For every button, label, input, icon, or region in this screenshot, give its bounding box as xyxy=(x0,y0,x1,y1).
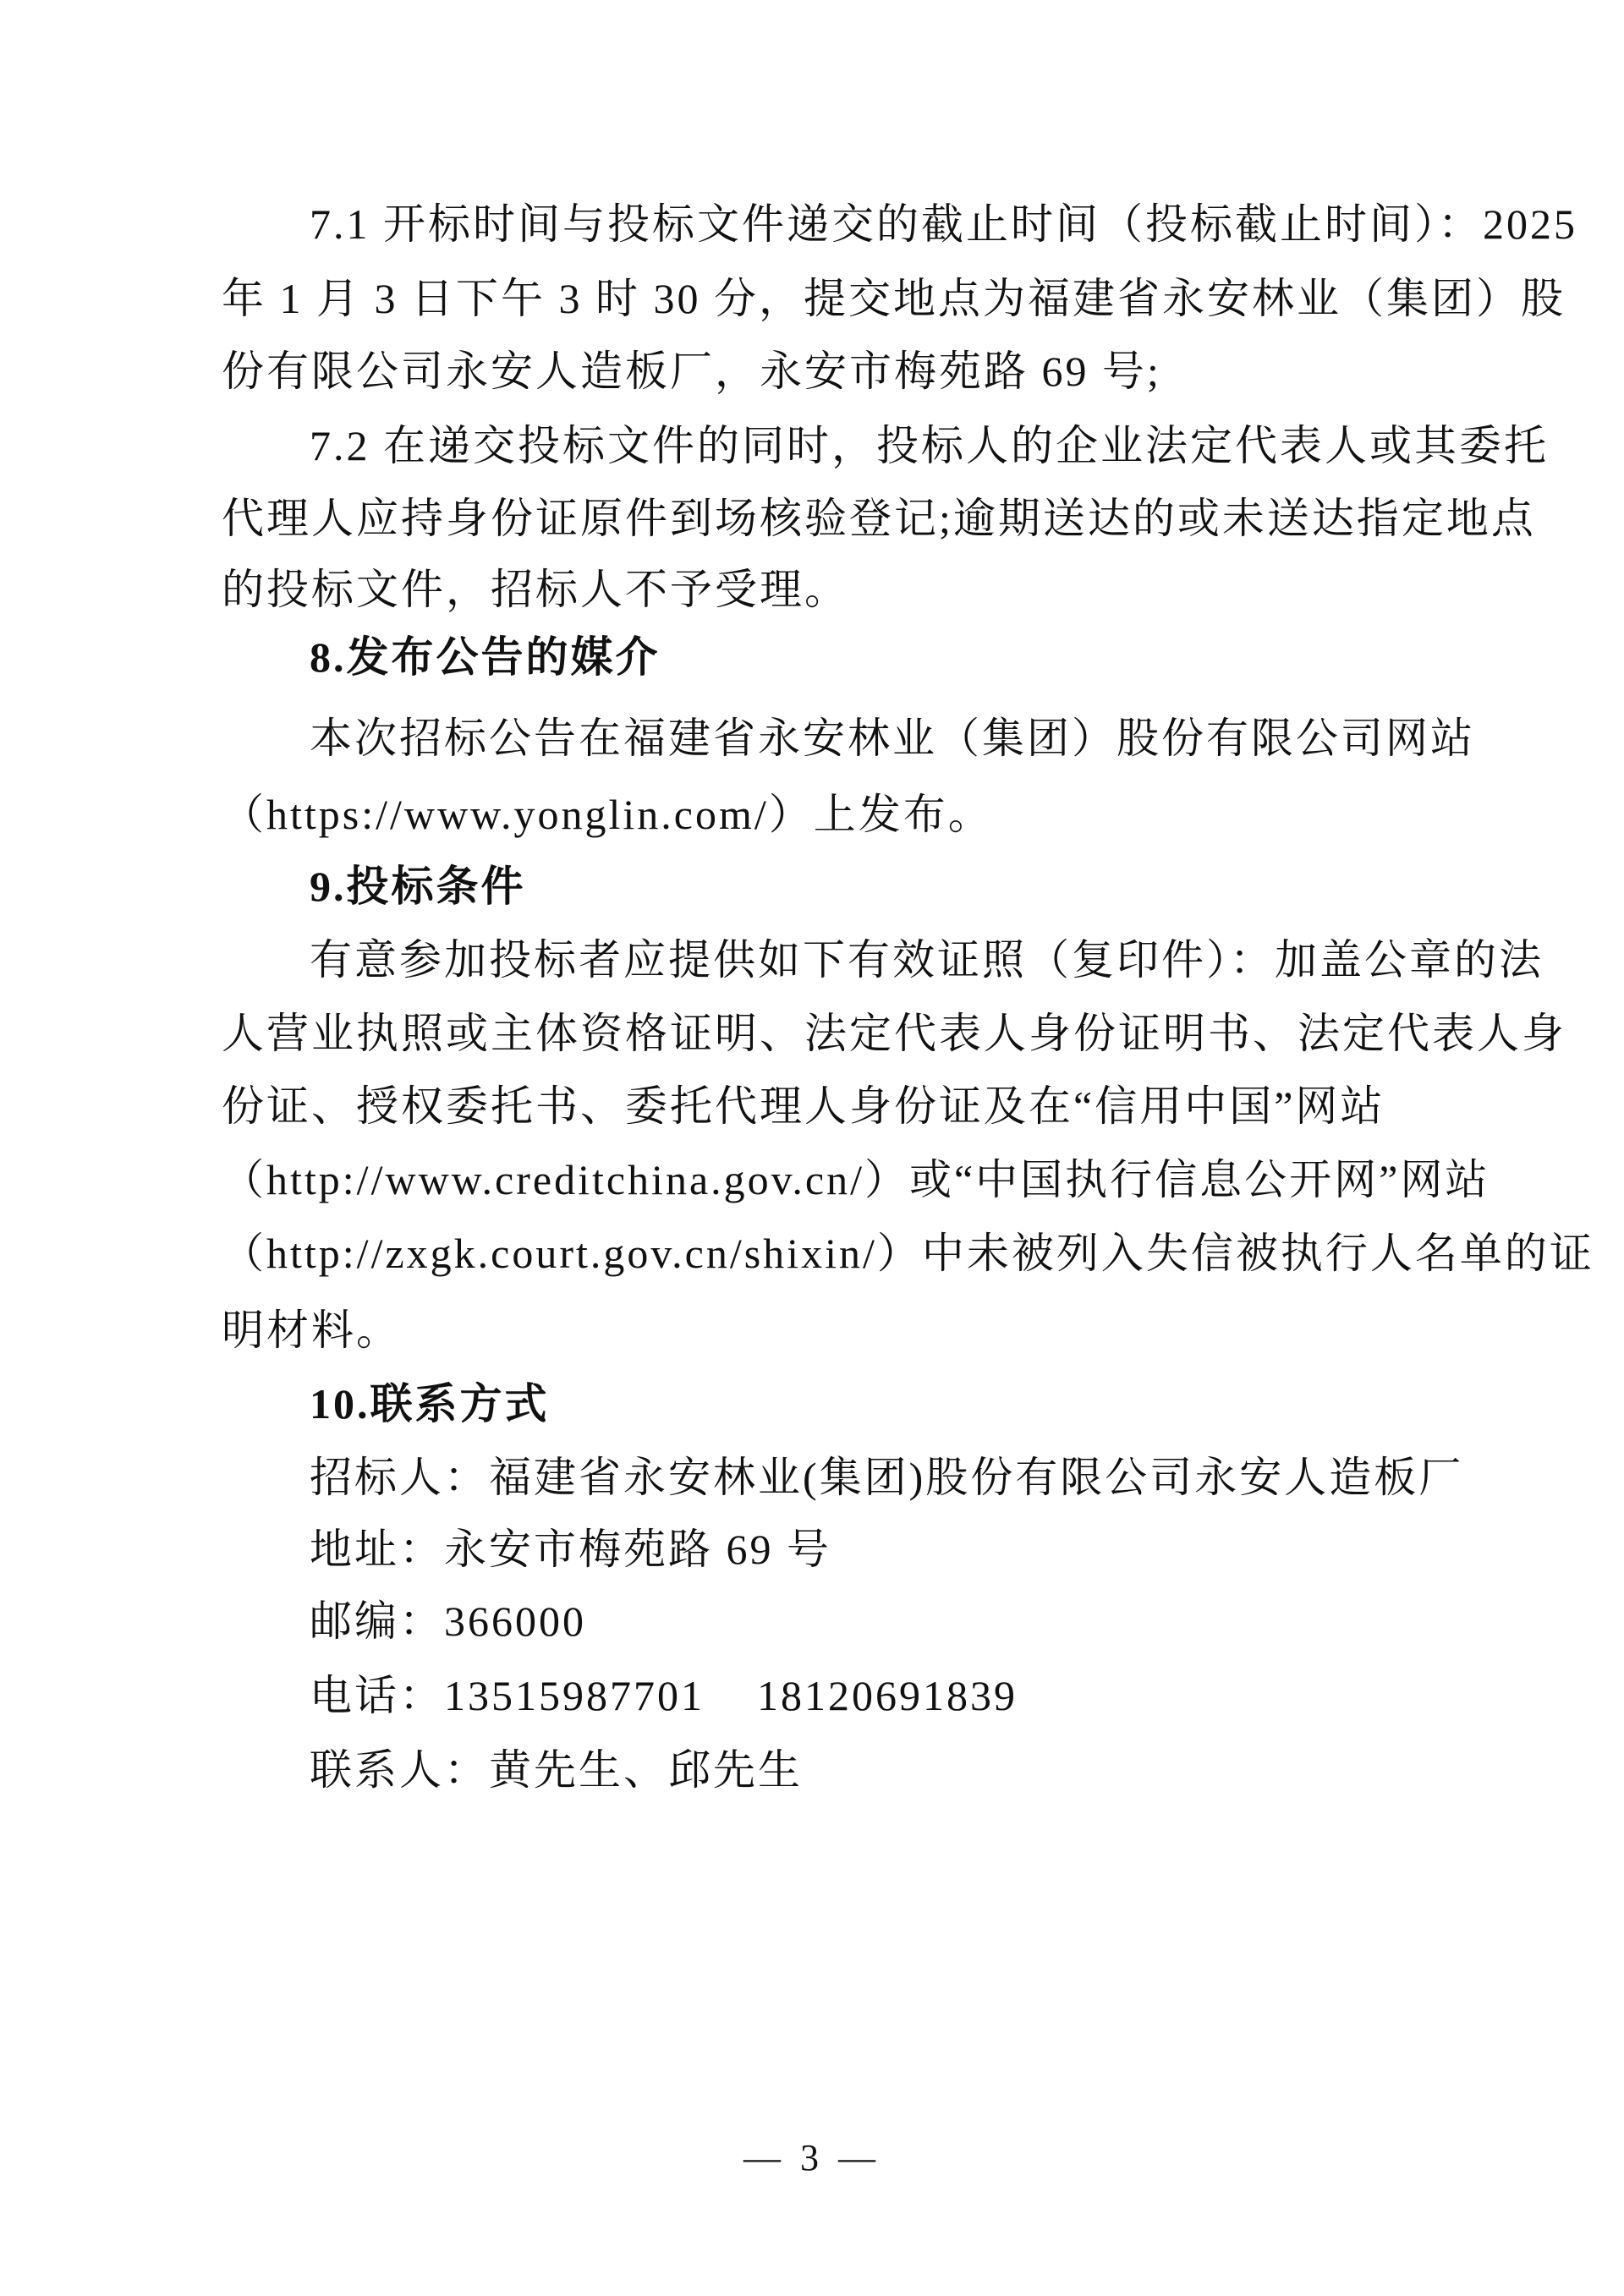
section-9-line-2: 人营业执照或主体资格证明、法定代表人身份证明书、法定代表人身 xyxy=(222,997,1504,1071)
contact-address: 地址：永安市梅苑路 69 号 xyxy=(310,1513,1504,1586)
contact-postcode: 邮编：366000 xyxy=(310,1585,1504,1658)
section-8-line-1: 本次招标公告在福建省永安林业（集团）股份有限公司网站 xyxy=(310,702,1504,775)
contact-phone: 电话：13515987701 18120691839 xyxy=(310,1659,1504,1733)
section-9-line-5: （http://zxgk.court.gov.cn/shixin/）中未被列入失… xyxy=(222,1217,1504,1290)
paragraph-7-2-line-3: 的投标文件，招标人不予受理。 xyxy=(222,553,1504,627)
section-9-line-3: 份证、授权委托书、委托代理人身份证及在“信用中国”网站 xyxy=(222,1070,1504,1143)
paragraph-7-2-line-1: 7.2 在递交投标文件的同时，投标人的企业法定代表人或其委托 xyxy=(310,409,1504,483)
section-9-heading: 9.投标条件 xyxy=(310,850,1504,923)
paragraph-7-1-line-3: 份有限公司永安人造板厂，永安市梅苑路 69 号; xyxy=(222,335,1504,408)
contact-tenderer: 招标人：福建省永安林业(集团)股份有限公司永安人造板厂 xyxy=(310,1441,1504,1515)
section-10-heading: 10.联系方式 xyxy=(310,1367,1504,1441)
section-9-line-1: 有意参加投标者应提供如下有效证照（复印件）：加盖公章的法 xyxy=(310,923,1504,997)
paragraph-7-2-line-2: 代理人应持身份证原件到场核验登记;逾期送达的或未送达指定地点 xyxy=(222,482,1504,556)
contact-person: 联系人：黄先生、邱先生 xyxy=(310,1734,1504,1807)
paragraph-7-1-line-2: 年 1 月 3 日下午 3 时 30 分，提交地点为福建省永安林业（集团）股 xyxy=(222,262,1504,336)
section-9-line-6: 明材料。 xyxy=(222,1294,1504,1367)
section-9-line-4: （http://www.creditchina.gov.cn/）或“中国执行信息… xyxy=(222,1143,1504,1217)
paragraph-7-1-line-1: 7.1 开标时间与投标文件递交的截止时间（投标截止时间）：2025 xyxy=(310,188,1504,261)
section-8-heading: 8.发布公告的媒介 xyxy=(310,621,1504,694)
document-page: 7.1 开标时间与投标文件递交的截止时间（投标截止时间）：2025 年 1 月 … xyxy=(0,0,1624,2296)
page-number: — 3 — xyxy=(0,2133,1624,2184)
section-8-line-2: （https://www.yonglin.com/）上发布。 xyxy=(222,778,1504,852)
